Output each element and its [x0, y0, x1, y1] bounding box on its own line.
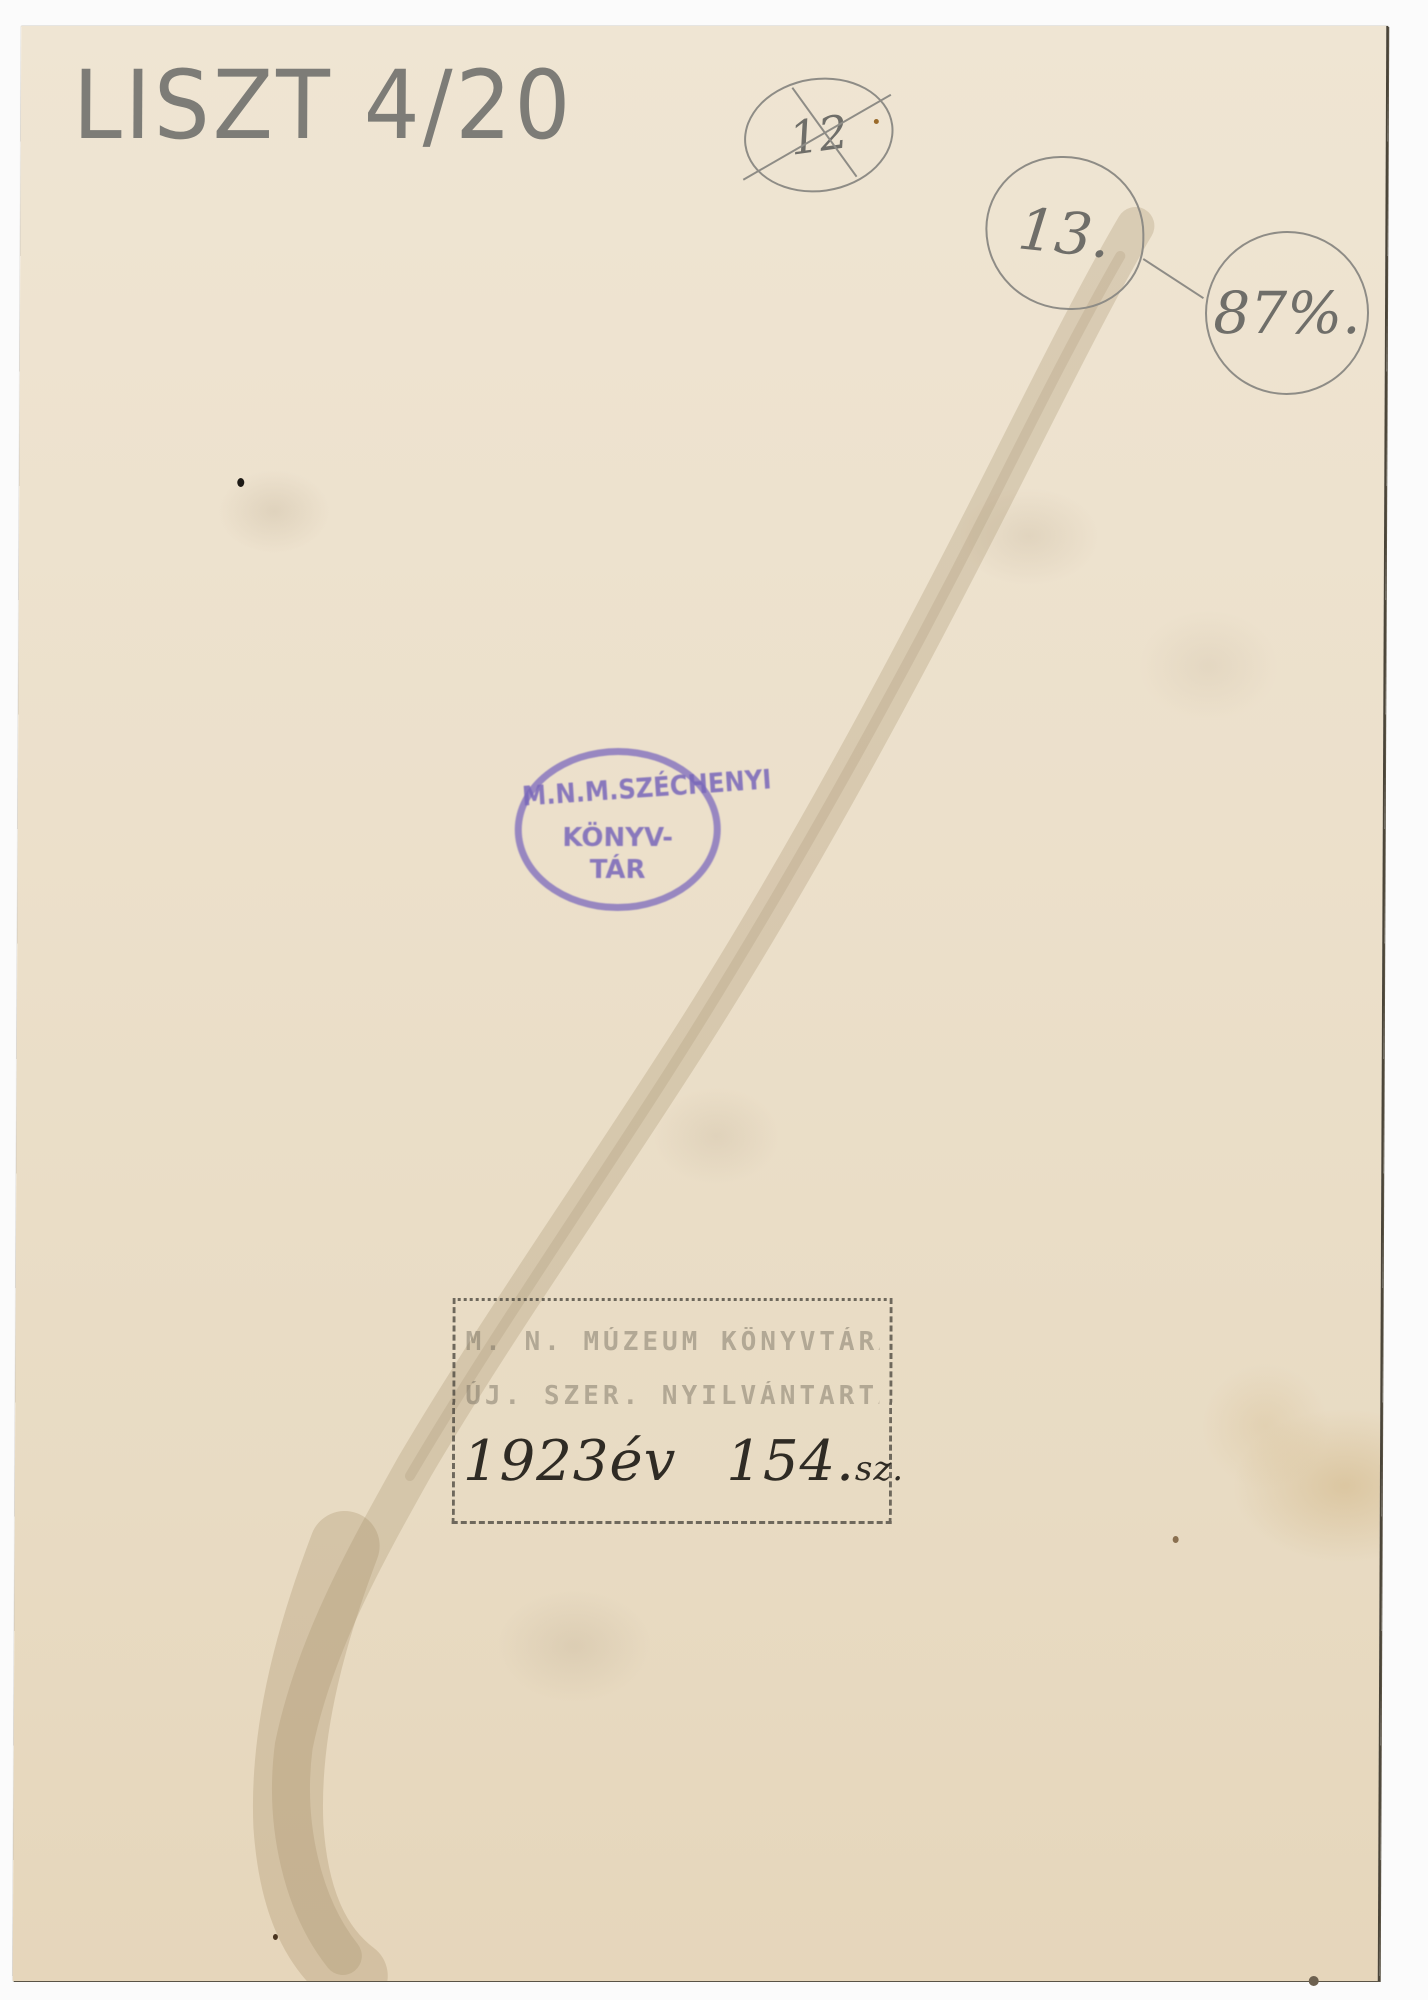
accession-entry-suffix: sz. — [855, 1449, 904, 1489]
accession-entry: 154. — [726, 1429, 855, 1494]
item-number-text: 13. — [1015, 194, 1114, 271]
stamp-line-1: M. N. MÚZEUM KÖNYVTÁRA — [465, 1327, 879, 1357]
stamp-line-2: ÚJ. SZER. NYILVÁNTARTÁS — [465, 1381, 879, 1411]
accession-stamp: M. N. MÚZEUM KÖNYVTÁRA ÚJ. SZER. NYILVÁN… — [452, 1298, 893, 1524]
stamp-middle-text: KÖNYV- — [522, 823, 714, 853]
water-stain — [13, 26, 1387, 1981]
card-back: LISZT 4/20 12 13. 87%. M.N.M.SZÉCHENYI K… — [13, 26, 1389, 1981]
stamp-arc-text: M.N.M.SZÉCHENYI — [521, 768, 715, 812]
library-oval-stamp: M.N.M.SZÉCHENYI KÖNYV- TÁR — [514, 748, 721, 911]
percent-text: 87%. — [1213, 279, 1361, 347]
percent-circle: 87%. — [1205, 231, 1370, 395]
accession-handwriting: 1923év154.sz. — [463, 1429, 904, 1494]
shelfmark-annotation: LISZT 4/20 — [73, 58, 574, 153]
ink-speck — [273, 1934, 278, 1940]
crossed-out-number: 12 — [737, 68, 901, 202]
accession-year-suffix: év — [609, 1429, 676, 1494]
connector-line — [1143, 258, 1204, 299]
ink-speck — [1173, 1536, 1179, 1543]
ink-speck — [1309, 1976, 1319, 1986]
item-number-circle: 13. — [985, 156, 1145, 310]
ink-speck — [237, 478, 244, 487]
stamp-bottom-text: TÁR — [522, 855, 714, 885]
accession-year: 1923 — [463, 1429, 610, 1494]
